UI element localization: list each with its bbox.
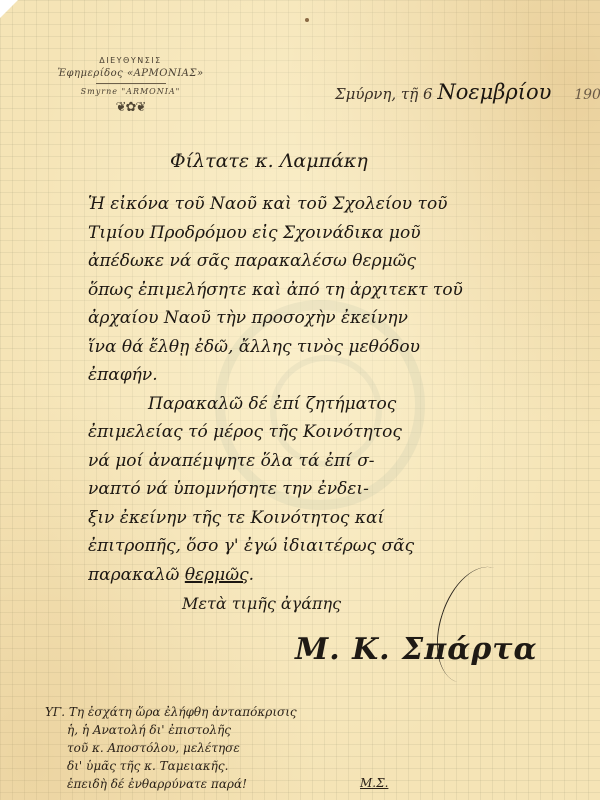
body-line: Ἡ εἰκόνα τοῦ Ναοῦ καὶ τοῦ Σχολείου τοῦ	[88, 190, 588, 219]
body-line: ἐπιμελείας τό μέρος τῆς Κοινότητος	[88, 418, 588, 447]
postscript-line: τοῦ κ. Αποστόλου, μελέτησε	[45, 739, 375, 757]
letterhead-rule	[96, 83, 166, 84]
body-line: παρακαλῶ θερμῶς.	[88, 561, 588, 590]
date-day: 6	[423, 85, 433, 103]
body-text: παρακαλῶ	[88, 565, 179, 585]
body-line: νά μοί ἀναπέμψητε ὅλα τά ἐπί σ-	[88, 447, 588, 476]
body-line: ἐπαφήν.	[88, 361, 588, 390]
postscript-line: ἐπειδὴ δέ ἐνθαρρύνατε παρά!	[45, 775, 375, 793]
letterhead-newspaper-name: Ἐφημερίδος «ΑΡΜΟΝΙΑΣ»	[48, 68, 213, 79]
body-line: Παρακαλῶ δέ ἐπί ζητήματος	[88, 390, 588, 419]
floral-ornament-icon: ❦✿❦	[48, 100, 213, 115]
postscript: ΥΓ. Τη ἐσχάτη ὥρα ἐλήφθη ἀνταπόκρισις ἡ,…	[45, 703, 375, 793]
signature: Μ. Κ. Σπάρτα	[295, 632, 538, 667]
body-line: ἀπέδωκε νά σᾶς παρακαλέσω θερμῶς	[88, 247, 588, 276]
date-month: Νοεμβρίου	[437, 80, 551, 104]
date-year: 1906	[574, 87, 600, 103]
body-line: ἐπιτροπῆς, ὅσο γ' ἐγώ ἰδιαιτέρως σᾶς	[88, 532, 588, 561]
letterhead-direction: ΔΙΕΥΘΥΝΣΙΣ	[48, 56, 213, 65]
body-line: ἵνα θά ἔλθῃ ἐδῶ, ἄλλης τινὸς μεθόδου	[88, 333, 588, 362]
letter-body: Ἡ εἰκόνα τοῦ Ναοῦ καὶ τοῦ Σχολείου τοῦ Τ…	[88, 190, 588, 589]
body-line: ἀρχαίου Ναοῦ τὴν προσοχὴν ἐκείνην	[88, 304, 588, 333]
dateline: Σμύρνη, τῇ 6 Νοεμβρίου 1906	[335, 80, 600, 104]
postscript-line: ΥΓ. Τη ἐσχάτη ὥρα ἐλήφθη ἀνταπόκρισις	[45, 703, 375, 721]
salutation: Φίλτατε κ. Λαμπάκη	[170, 150, 368, 172]
letterhead-city: Smyrne "ARMONIA"	[48, 87, 213, 96]
postscript-line: δι' ὑμᾶς τῆς κ. Ταμειακῆς.	[45, 757, 375, 775]
body-line: Τιμίου Προδρόμου εἰς Σχοινάδικα μοῦ	[88, 219, 588, 248]
body-line: ξιν ἐκείνην τῆς τε Κοινότητος καί	[88, 504, 588, 533]
postscript-line: ἡ, ἡ Ανατολή δι' ἐπιστολῆς	[45, 721, 375, 739]
body-line: ναπτό νά ὑπομνήσητε την ἐνδει-	[88, 475, 588, 504]
closing: Μετὰ τιμῆς ἀγάπης	[182, 594, 341, 613]
letterhead: ΔΙΕΥΘΥΝΣΙΣ Ἐφημερίδος «ΑΡΜΟΝΙΑΣ» Smyrne …	[48, 56, 213, 115]
ink-stain	[305, 18, 309, 22]
body-line: ὅπως ἐπιμελήσητε καὶ ἀπό τη ἀρχιτεκτ τοῦ	[88, 276, 588, 305]
postscript-initials: Μ.Σ.	[360, 776, 388, 790]
underlined-word: θερμῶς	[185, 565, 249, 585]
date-place: Σμύρνη, τῇ	[335, 85, 418, 103]
torn-corner	[0, 0, 18, 18]
